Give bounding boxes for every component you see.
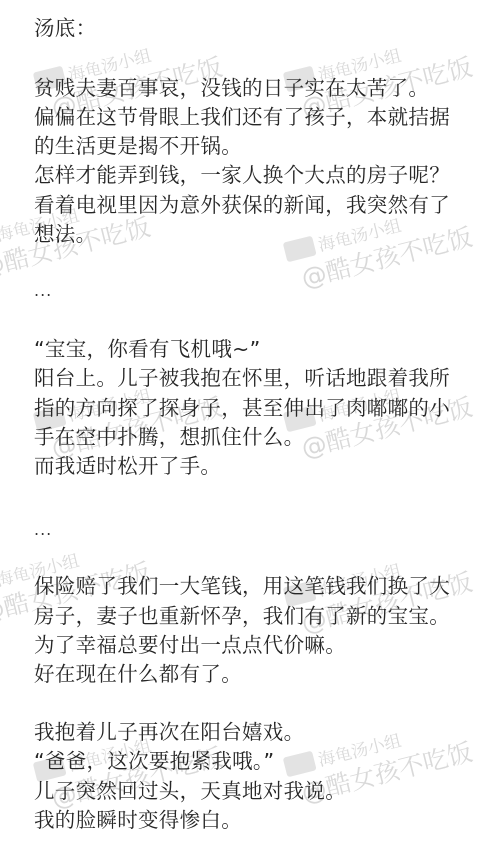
story-line: 怎样才能弄到钱，一家人换个大点的房子呢？ (34, 160, 450, 190)
story-line: “宝宝，你看有飞机哦~” (34, 334, 261, 364)
weibo-badge-icon (283, 750, 317, 777)
story-line: 保险赔了我们一大笔钱，用这笔钱我们换了大 (34, 571, 450, 601)
story-line: 而我适时松开了手。 (34, 451, 221, 481)
watermark-handle: @酷女孩不吃饭 (297, 218, 476, 295)
story-line: 的生活更是揭不开锅。 (34, 131, 242, 161)
story-page: 海龟汤小组 @酷女孩不吃饭 海龟汤小组 @酷女孩不吃饭 海龟汤小组 @酷女孩不吃… (0, 0, 500, 848)
ellipsis-separator: ... (34, 515, 52, 545)
story-line: 好在现在什么都有了。 (34, 659, 242, 689)
story-line: 看着电视里因为意外获保的新闻，我突然有了 (34, 190, 450, 220)
story-line: 偏偏在这节骨眼上我们还有了孩子，本就拮据 (34, 102, 450, 132)
story-line: “爸爸，这次要抱紧我哦。” (34, 746, 274, 776)
weibo-badge-icon (283, 235, 317, 262)
story-line: 房子，妻子也重新怀孕，我们有了新的宝宝。 (34, 601, 450, 631)
story-line: 我抱着儿子再次在阳台嬉戏。 (34, 717, 304, 747)
story-line: 手在空中扑腾，想抓住什么。 (34, 422, 304, 452)
story-line: 想法。 (34, 219, 96, 249)
story-line: 贫贱夫妻百事哀，没钱的日子实在太苦了。 (34, 73, 429, 103)
story-line: 阳台上。儿子被我抱在怀里，听话地跟着我所 (34, 363, 450, 393)
ellipsis-separator: ... (34, 276, 52, 306)
story-heading: 汤底： (34, 13, 96, 43)
story-line: 儿子突然回过头，天真地对我说。 (34, 776, 346, 806)
watermark-group: 海龟汤小组 (315, 726, 404, 771)
story-line: 指的方向探了探身子，甚至伸出了肉嘟嘟的小 (34, 393, 450, 423)
story-line: 为了幸福总要付出一点点代价嘛。 (34, 630, 346, 660)
story-line: 我的脸瞬时变得惨白。 (34, 805, 242, 835)
